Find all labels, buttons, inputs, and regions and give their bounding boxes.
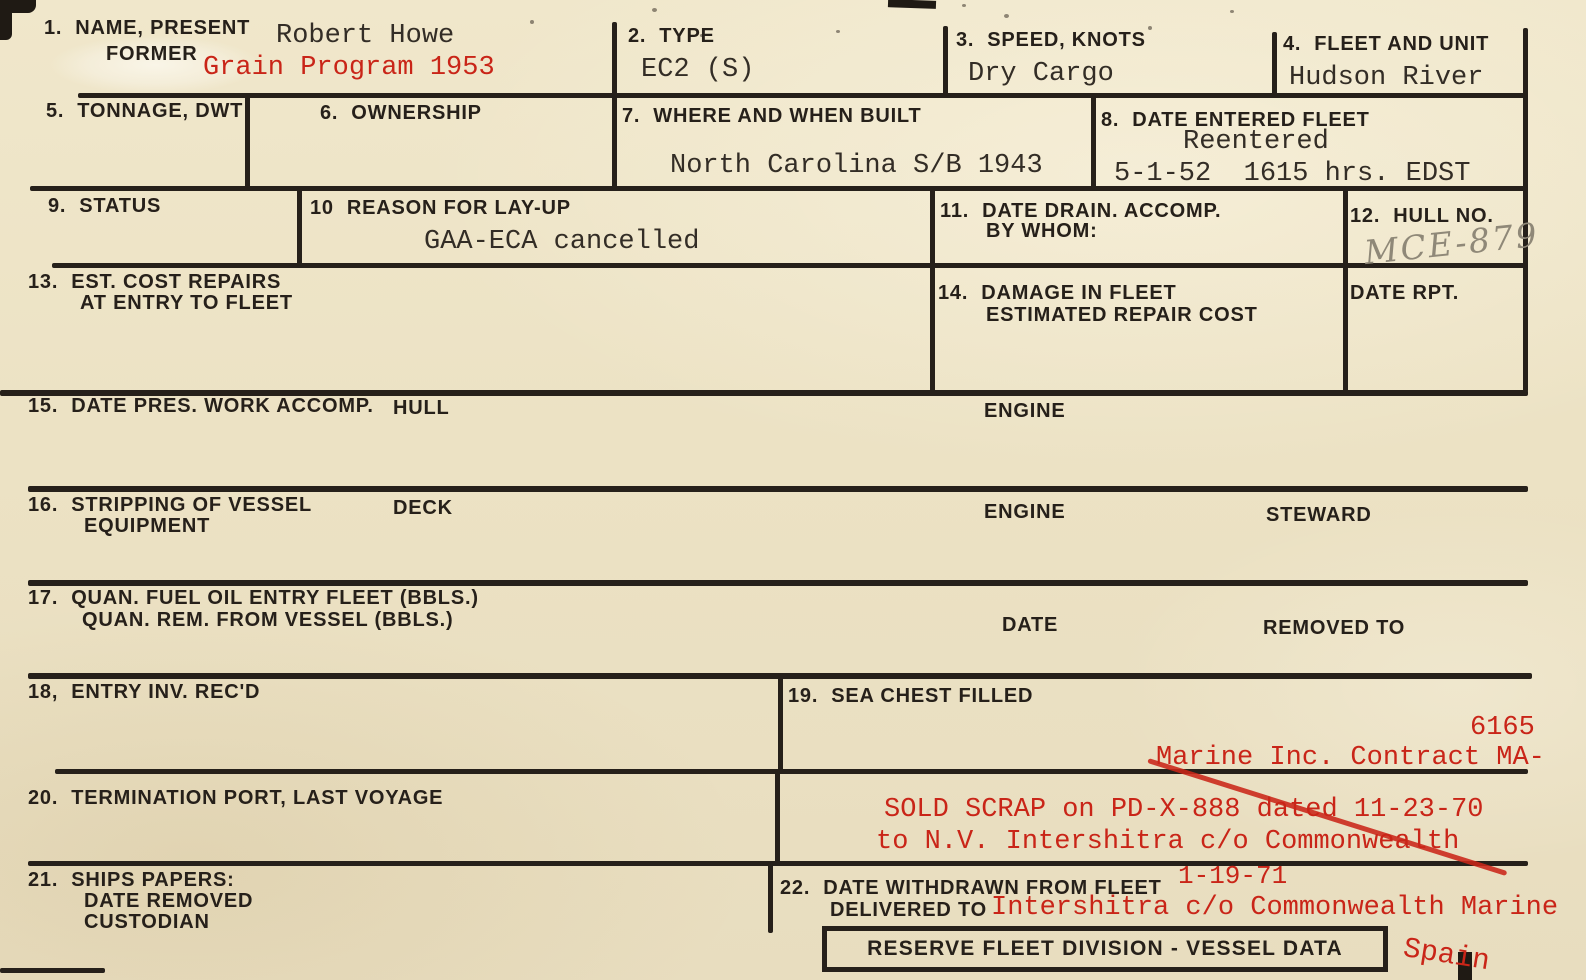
field-label-text: STRIPPING OF VESSEL xyxy=(71,494,312,516)
field-number: 10 xyxy=(310,198,334,219)
field-fuel-label2: QUAN. REM. FROM VESSEL (BBLS.) xyxy=(82,610,453,631)
stamp-number: 6165 xyxy=(1470,714,1535,744)
field-number: 14. xyxy=(938,283,968,304)
field-damage-label2: ESTIMATED REPAIR COST xyxy=(986,305,1258,326)
type-value: EC2 (S) xyxy=(641,56,754,86)
vessel-data-card: 1.NAME, PRESENT FORMER Robert Howe Grain… xyxy=(0,0,1586,980)
grid-line xyxy=(297,188,302,265)
field-number: 18, xyxy=(28,682,58,703)
field-number: 8. xyxy=(1101,110,1119,131)
grid-line xyxy=(28,580,1528,586)
entered-value: 5-1-52 1615 hrs. EDST xyxy=(1114,160,1470,190)
footer-title-box: RESERVE FLEET DIVISION - VESSEL DATA xyxy=(822,926,1388,972)
fleet-value: Hudson River xyxy=(1289,64,1483,94)
field-drain-label: 11.DATE DRAIN. ACCOMP. xyxy=(940,201,1221,222)
field-work-label: 15.DATE PRES. WORK ACCOMP. xyxy=(28,396,374,417)
grid-line xyxy=(778,675,783,771)
footer-title: RESERVE FLEET DIVISION - VESSEL DATA xyxy=(867,937,1343,961)
field-number: 15. xyxy=(28,396,58,417)
field-label-text: DATE DRAIN. ACCOMP. xyxy=(982,200,1221,222)
grid-line xyxy=(612,22,617,95)
grid-line xyxy=(768,863,773,933)
grid-line xyxy=(1091,95,1096,188)
field-label-text: ENTRY INV. REC'D xyxy=(71,681,260,703)
field-stripping-label2: EQUIPMENT xyxy=(84,516,210,537)
field-papers-label: 21.SHIPS PAPERS: xyxy=(28,870,235,891)
grid-line xyxy=(1272,32,1277,95)
field-number: 9. xyxy=(48,196,66,217)
field-number: 2. xyxy=(628,26,646,47)
field-label-text: OWNERSHIP xyxy=(351,102,482,124)
field-estcost-label: 13.EST. COST REPAIRS xyxy=(28,272,281,293)
field-name-label: 1.NAME, PRESENT xyxy=(44,18,250,39)
field-type-label: 2.TYPE xyxy=(628,26,715,47)
grid-line xyxy=(245,95,250,188)
field-number: 1. xyxy=(44,18,62,39)
card-edge-line xyxy=(0,968,105,973)
delivered-to-value: Intershitra c/o Commonwealth Marine xyxy=(991,894,1558,924)
field-number: 17. xyxy=(28,588,58,609)
field-number: 12. xyxy=(1350,206,1380,227)
field-number: 11. xyxy=(940,201,969,222)
field-number: 20. xyxy=(28,788,58,809)
field-label-text: TERMINATION PORT, LAST VOYAGE xyxy=(71,787,443,809)
field-damage-label: 14.DAMAGE IN FLEET xyxy=(938,283,1177,304)
field-name-label2: FORMER xyxy=(106,44,197,65)
field-stripping-label: 16.STRIPPING OF VESSEL xyxy=(28,495,312,516)
speed-value: Dry Cargo xyxy=(968,60,1114,90)
field-estcost-label2: AT ENTRY TO FLEET xyxy=(80,293,293,314)
layup-value: GAA-ECA cancelled xyxy=(424,228,699,258)
field-entryinv-label: 18,ENTRY INV. REC'D xyxy=(28,682,260,703)
scan-artifact-dash xyxy=(888,0,936,9)
field-layup-label: 10REASON FOR LAY-UP xyxy=(310,198,571,219)
field-papers-label2: DATE REMOVED xyxy=(84,891,253,912)
field-label-text: FLEET AND UNIT xyxy=(1314,33,1489,55)
spain-stamp: Spain xyxy=(1401,932,1492,978)
field-label-text: SEA CHEST FILLED xyxy=(831,685,1033,707)
work-hull-column: HULL xyxy=(393,398,450,419)
field-label-text: STATUS xyxy=(79,195,161,217)
grid-line xyxy=(943,26,948,95)
name-present-value: Robert Howe xyxy=(276,22,454,52)
grid-line xyxy=(1343,188,1348,396)
field-termination-label: 20.TERMINATION PORT, LAST VOYAGE xyxy=(28,788,443,809)
work-engine-column: ENGINE xyxy=(984,401,1065,422)
grid-line xyxy=(52,263,1528,268)
withdrawn-date: 1-19-71 xyxy=(1178,862,1287,891)
field-deliveredto-label: DELIVERED TO xyxy=(830,900,987,921)
field-number: 5. xyxy=(46,101,64,122)
scan-artifact-corner xyxy=(0,0,12,40)
grid-line xyxy=(28,486,1528,492)
stripping-deck-column: DECK xyxy=(393,498,453,519)
field-label-text: TYPE xyxy=(659,25,714,47)
fuel-removedto-column: REMOVED TO xyxy=(1263,618,1405,639)
stamp-contract: Marine Inc. Contract MA- xyxy=(1156,744,1545,774)
field-ownership-label: 6.OWNERSHIP xyxy=(320,103,482,124)
name-former-value: Grain Program 1953 xyxy=(203,54,495,84)
field-number: 16. xyxy=(28,495,58,516)
field-number: 22. xyxy=(780,878,810,899)
field-status-label: 9.STATUS xyxy=(48,196,161,217)
sold-scrap-note: SOLD SCRAP on PD-X-888 dated 11-23-70 xyxy=(884,796,1484,826)
stripping-steward-column: STEWARD xyxy=(1266,505,1372,526)
field-label-text: REASON FOR LAY-UP xyxy=(347,197,571,219)
stripping-engine-column: ENGINE xyxy=(984,502,1065,523)
field-speed-label: 3.SPEED, KNOTS xyxy=(956,30,1146,51)
grid-line xyxy=(930,188,935,396)
grid-line xyxy=(78,93,1528,98)
grid-line xyxy=(775,771,780,863)
field-number: 3. xyxy=(956,30,974,51)
field-label-text: SPEED, KNOTS xyxy=(987,29,1146,51)
field-fuel-label: 17.QUAN. FUEL OIL ENTRY FLEET (BBLS.) xyxy=(28,588,479,609)
field-number: 21. xyxy=(28,870,58,891)
field-built-label: 7.WHERE AND WHEN BUILT xyxy=(622,106,921,127)
field-papers-label3: CUSTODIAN xyxy=(84,912,210,933)
field-daterpt-label: DATE RPT. xyxy=(1350,283,1459,304)
field-label-text: DAMAGE IN FLEET xyxy=(981,282,1176,304)
built-value: North Carolina S/B 1943 xyxy=(670,152,1043,182)
field-number: 7. xyxy=(622,106,640,127)
fuel-date-column: DATE xyxy=(1002,615,1058,636)
field-label-text: WHERE AND WHEN BUILT xyxy=(653,105,921,127)
field-label-text: DATE PRES. WORK ACCOMP. xyxy=(71,395,374,417)
field-fleet-label: 4.FLEET AND UNIT xyxy=(1283,34,1489,55)
field-label-text: NAME, PRESENT xyxy=(75,17,250,39)
field-label-text: TONNAGE, DWT xyxy=(77,100,243,122)
field-number: 4. xyxy=(1283,34,1301,55)
field-seachest-label: 19.SEA CHEST FILLED xyxy=(788,686,1033,707)
field-number: 19. xyxy=(788,686,818,707)
field-label-text: EST. COST REPAIRS xyxy=(71,271,281,293)
field-drain-label2: BY WHOM: xyxy=(986,221,1098,242)
grid-line xyxy=(612,95,617,188)
entered-note: Reentered xyxy=(1183,128,1329,158)
card-edge-line xyxy=(1523,28,1528,392)
field-number: 13. xyxy=(28,272,58,293)
field-tonnage-label: 5.TONNAGE, DWT xyxy=(46,101,243,122)
field-label-text: QUAN. FUEL OIL ENTRY FLEET (BBLS.) xyxy=(71,587,479,609)
field-number: 6. xyxy=(320,103,338,124)
field-label-text: SHIPS PAPERS: xyxy=(71,869,234,891)
